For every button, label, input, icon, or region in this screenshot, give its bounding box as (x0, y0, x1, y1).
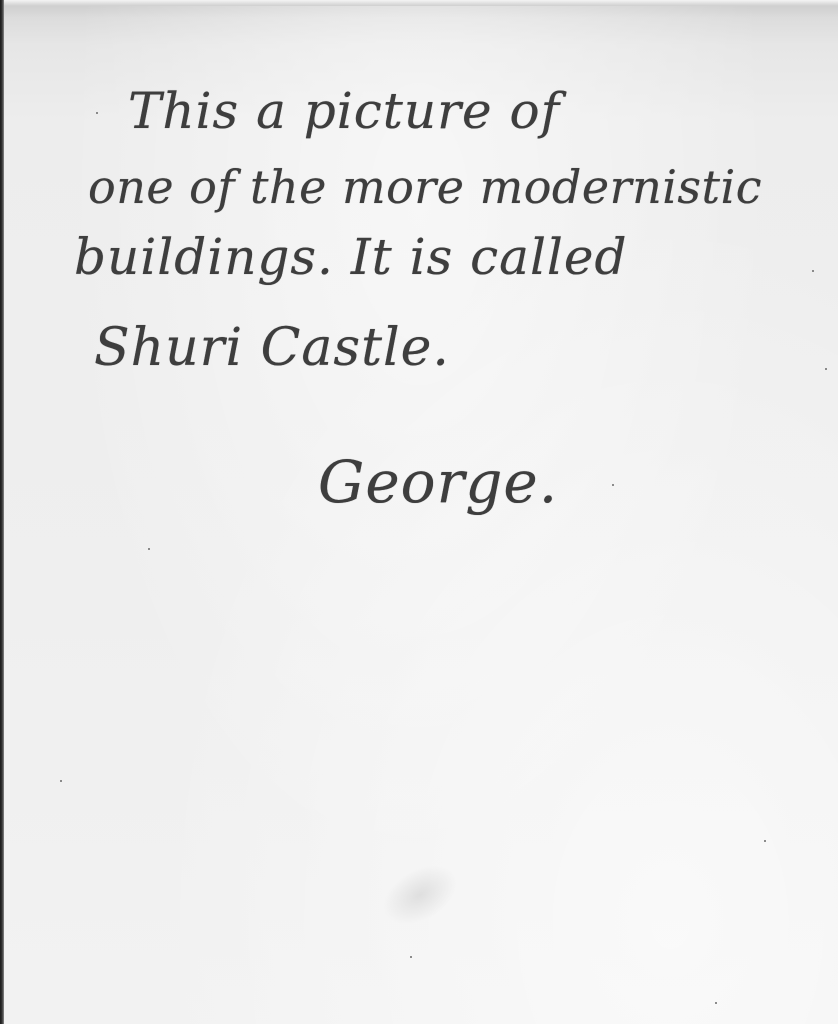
paper-speck (612, 484, 614, 486)
paper-speck (96, 112, 98, 114)
paper-speck (812, 270, 814, 272)
signature: George. (318, 448, 558, 516)
paper-speck (825, 368, 827, 370)
handwritten-line-2: one of the more modernistic (88, 160, 762, 214)
paper-speck (764, 840, 766, 842)
fingerprint-smudge (373, 853, 467, 936)
paper-speck (410, 956, 412, 958)
paper-left-edge (0, 0, 4, 1024)
paper-speck (60, 780, 62, 782)
handwritten-line-1: This a picture of (128, 82, 560, 140)
paper-top-edge (0, 0, 838, 6)
note-paper: This a picture of one of the more modern… (0, 0, 838, 1024)
handwritten-line-3: buildings. It is called (74, 228, 628, 286)
paper-speck (148, 548, 150, 550)
paper-speck (715, 1002, 717, 1004)
handwritten-line-4: Shuri Castle. (94, 318, 450, 378)
